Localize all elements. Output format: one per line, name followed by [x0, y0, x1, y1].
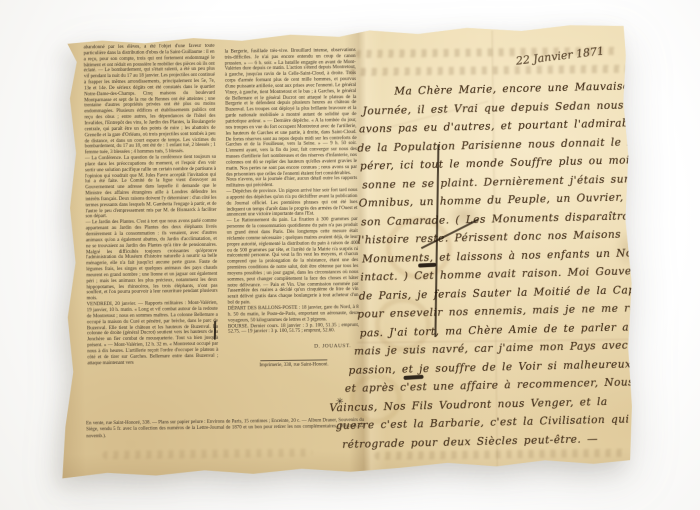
paper-surface: abandonné par les élèves, a été l'objet …: [53, 18, 667, 481]
handwriting-lines: Ma Chère Marie, encore une MauvaiseJourn…: [328, 77, 668, 454]
inserted-text-mark: ✳: [335, 396, 344, 408]
printed-page: abandonné par les élèves, a été l'objet …: [83, 42, 360, 453]
print-column-left: abandonné par les élèves, a été l'objet …: [83, 44, 218, 367]
sale-footer: En vente, rue Saint-Honoré, 338. — Plans…: [86, 418, 364, 440]
photo-background: abandonné par les élèves, a été l'objet …: [0, 0, 700, 510]
letter-page: 22 Janvier 1871 Ma Chère Marie, encore u…: [329, 34, 666, 474]
letter-date: 22 Janvier 1871: [515, 44, 604, 67]
document-sheet: abandonné par les élèves, a été l'objet …: [53, 18, 667, 481]
ink-mark: [214, 321, 216, 340]
ink-blot: [418, 263, 436, 268]
